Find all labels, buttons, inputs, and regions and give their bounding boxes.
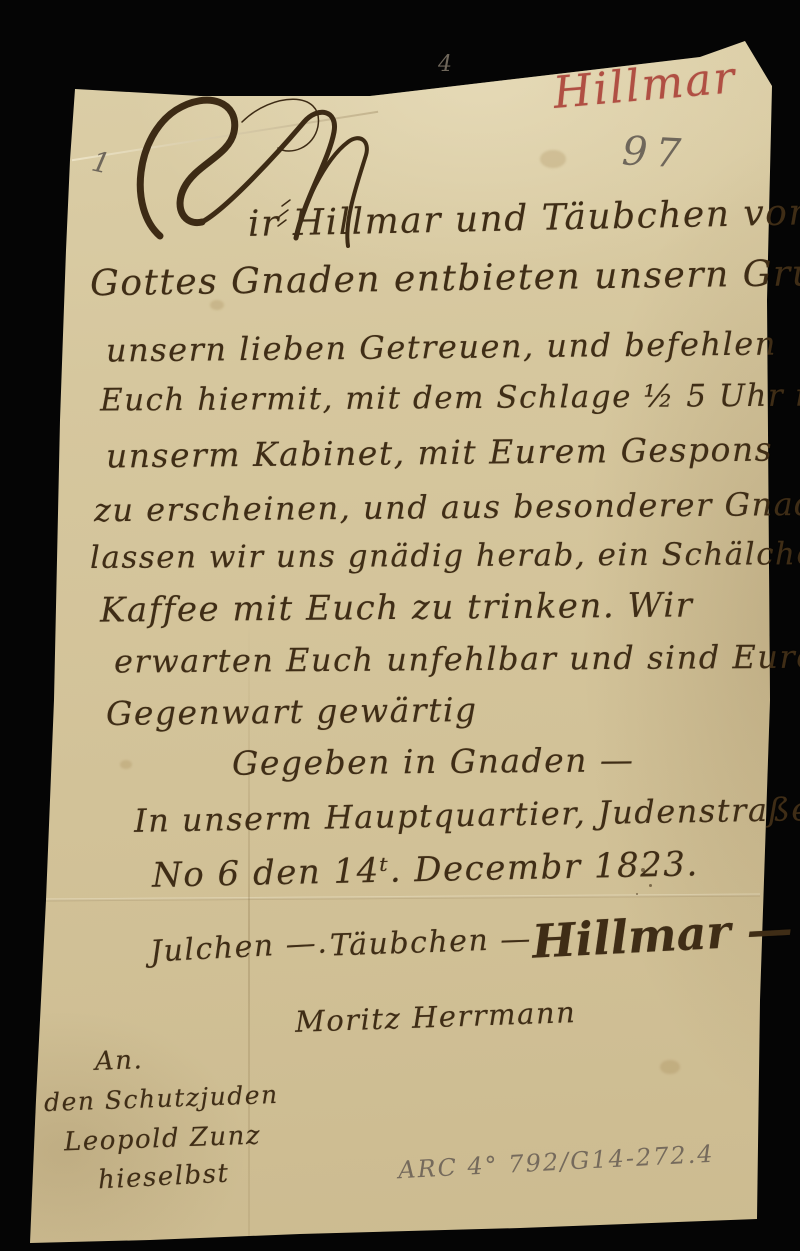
letter-line-10: Gegenwart gewärtig — [106, 690, 478, 733]
letter-line-4: Euch hiermit, mit dem Schlage ½ 5 Uhr in — [100, 377, 800, 418]
pencil-folio-number: 97 — [621, 128, 690, 177]
foxing-spot — [660, 1060, 680, 1074]
foxing-spot — [120, 760, 132, 769]
pencil-page-number: 4 — [438, 52, 452, 77]
ink-spatter — [636, 893, 638, 895]
letter-line-6: zu erscheinen, und aus besonderer Gnade — [94, 485, 800, 529]
letter-line-5: unserm Kabinet, mit Eurem Gespons — [106, 430, 773, 476]
signature-taeubchen: Täubchen — — [329, 921, 532, 963]
letter-line-9: erwarten Euch unfehlbar und sind Eurer — [114, 637, 800, 680]
letter-line-8: Kaffee mit Euch zu trinken. Wir — [100, 585, 694, 630]
scanned-document-page: 4 Hillmar 97 1 W ir Hillmar und Täubchen… — [0, 0, 800, 1251]
letter-line-11: Gegeben in Gnaden — — [232, 740, 635, 783]
foxing-spot — [540, 150, 566, 168]
letter-line-7: lassen wir uns gnädig herab, ein Schälch… — [90, 536, 800, 576]
letter-line-3: unsern lieben Getreuen, und befehlen — [106, 324, 777, 369]
fold-crease-horizontal — [40, 893, 760, 901]
address-line-an: An. — [94, 1045, 143, 1077]
